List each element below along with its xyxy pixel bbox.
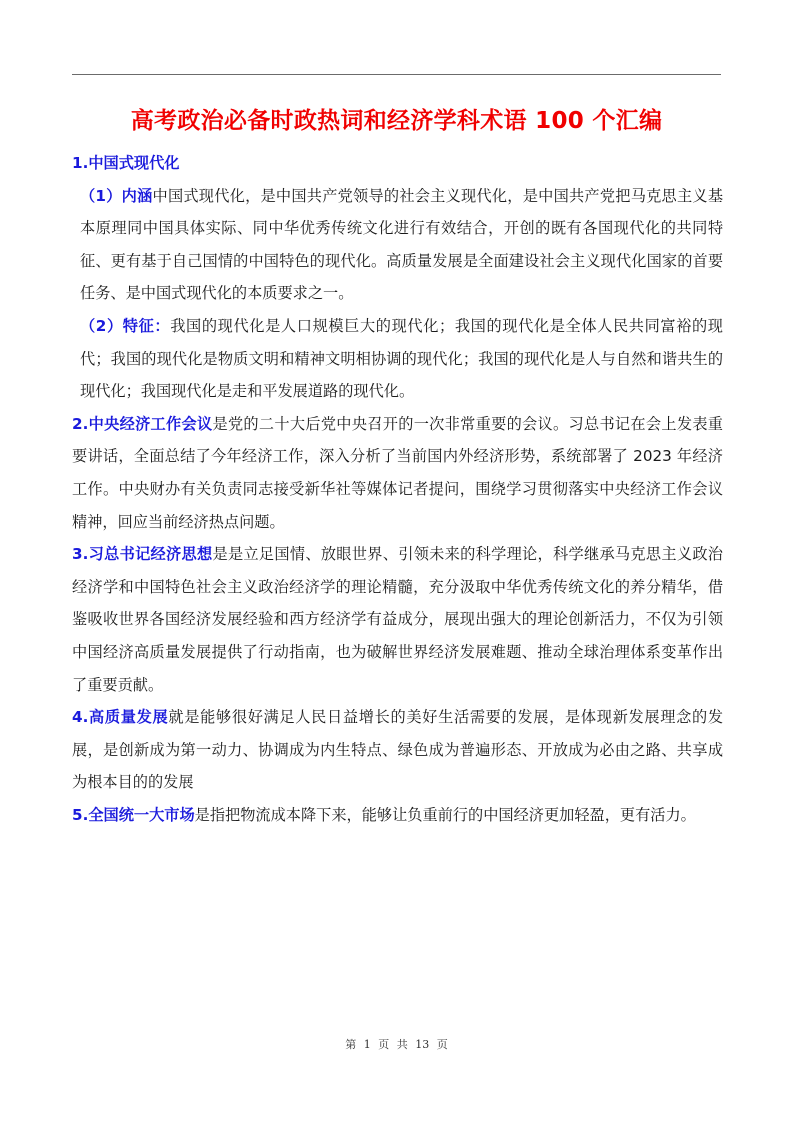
section-5-text: 是指把物流成本降下来，能够让负重前行的中国经济更加轻盈，更有活力。 — [195, 806, 696, 824]
section-5: 5.全国统一大市场是指把物流成本降下来，能够让负重前行的中国经济更加轻盈，更有活… — [72, 799, 723, 832]
section-1-heading: 1.中国式现代化 — [72, 154, 179, 172]
section-2-heading: 2.中央经济工作会议 — [72, 415, 212, 433]
section-4-text: 就是能够很好满足人民日益增长的美好生活需要的发展，是体现新发展理念的发展，是创新… — [72, 708, 723, 791]
section-3: 3.习总书记经济思想是是立足国情、放眼世界、引领未来的科学理论，科学继承马克思主… — [72, 538, 723, 701]
header-rule — [72, 74, 721, 75]
section-4: 4.高质量发展就是能够很好满足人民日益增长的美好生活需要的发展，是体现新发展理念… — [72, 701, 723, 799]
section-1-item-2: （2）特征：我国的现代化是人口规模巨大的现代化；我国的现代化是全体人民共同富裕的… — [72, 310, 723, 408]
section-4-heading: 4.高质量发展 — [72, 708, 168, 726]
section-2: 2.中央经济工作会议是党的二十大后党中央召开的一次非常重要的会议。习总书记在会上… — [72, 408, 723, 538]
section-3-heading: 3.习总书记经济思想 — [72, 545, 212, 563]
item-label: （2）特征： — [80, 317, 170, 335]
page-number: 第 1 页 共 13 页 — [0, 1036, 793, 1052]
section-3-text: 是是立足国情、放眼世界、引领未来的科学理论，科学继承马克思主义政治经济学和中国特… — [72, 545, 723, 693]
document-body: 1.中国式现代化 （1）内涵中国式现代化，是中国共产党领导的社会主义现代化，是中… — [72, 147, 723, 831]
section-heading: 1.中国式现代化 — [72, 147, 723, 180]
item-text: 中国式现代化，是中国共产党领导的社会主义现代化，是中国共产党把马克思主义基本原理… — [80, 187, 723, 303]
item-label: （1）内涵 — [80, 187, 153, 205]
item-text: 我国的现代化是人口规模巨大的现代化；我国的现代化是全体人民共同富裕的现代；我国的… — [80, 317, 723, 400]
section-5-heading: 5.全国统一大市场 — [72, 806, 195, 824]
header-faint-text — [72, 63, 172, 69]
section-1-item-1: （1）内涵中国式现代化，是中国共产党领导的社会主义现代化，是中国共产党把马克思主… — [72, 180, 723, 310]
document-title: 高考政治必备时政热词和经济学科术语 100 个汇编 — [0, 102, 793, 135]
